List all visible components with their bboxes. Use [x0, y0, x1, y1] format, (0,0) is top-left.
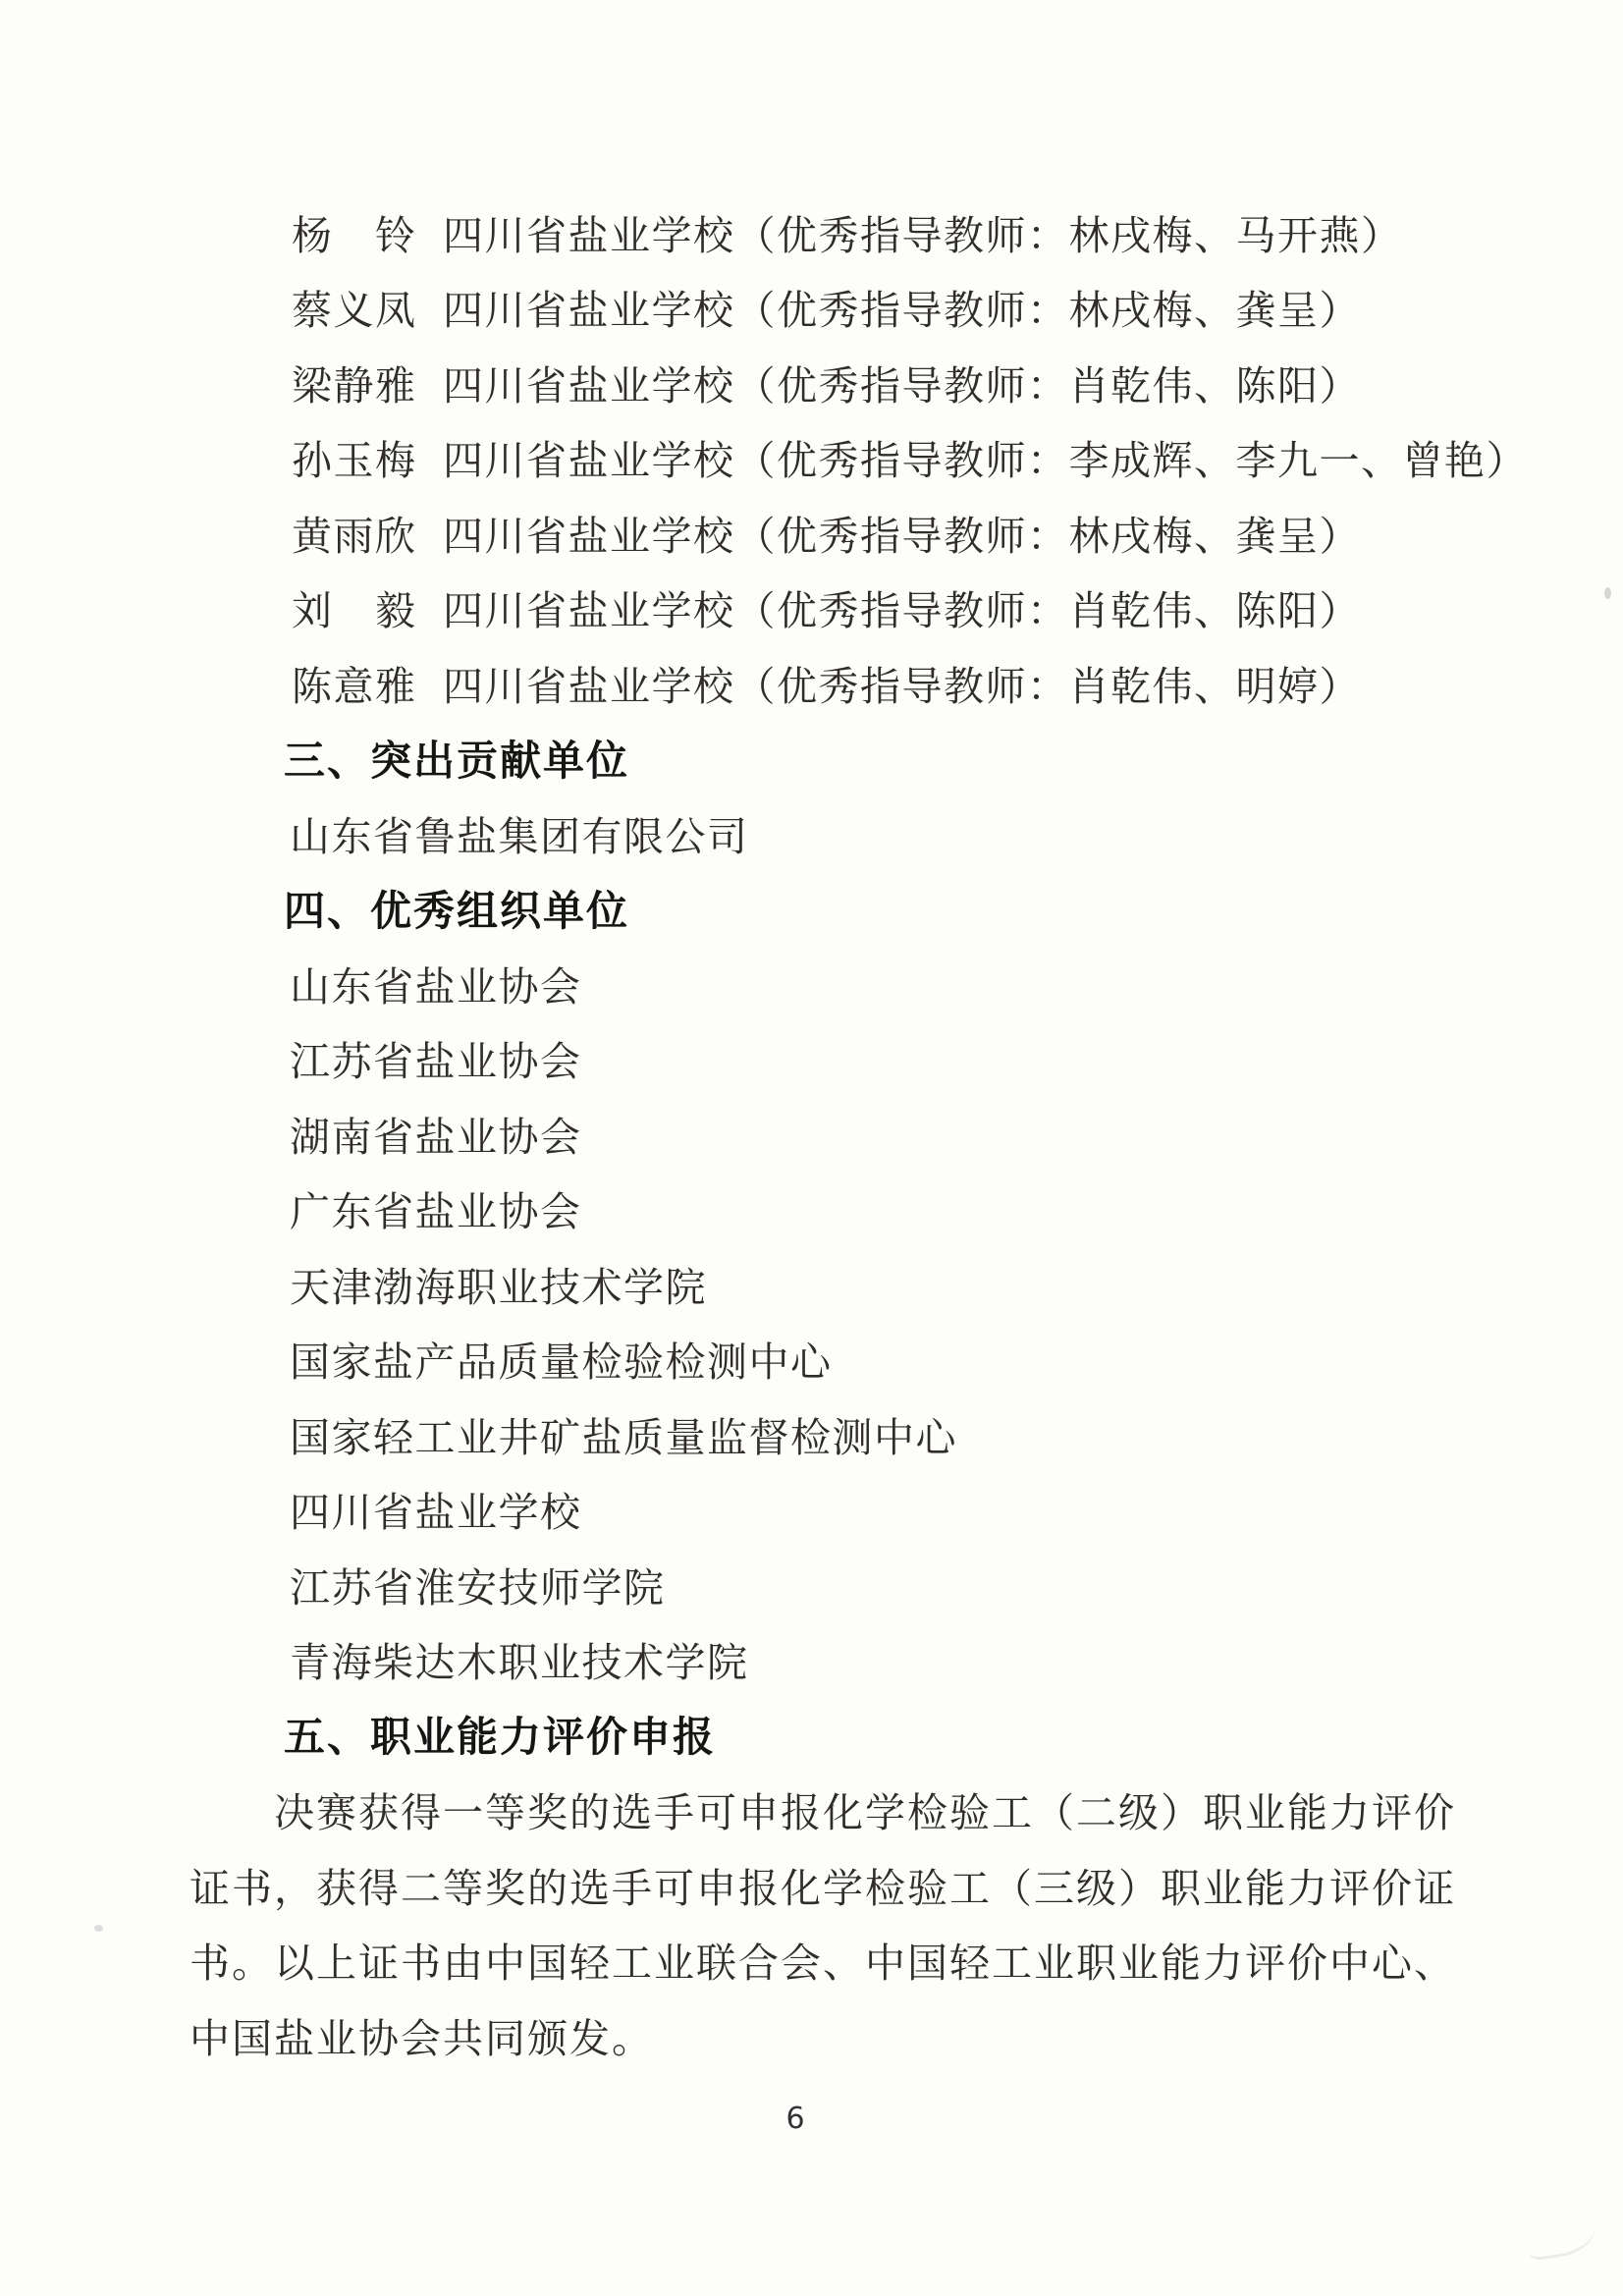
- awardee-detail: 四川省盐业学校（优秀指导教师：林戌梅、马开燕）: [443, 203, 1403, 261]
- awardee-row: 黄雨欣 四川省盐业学校（优秀指导教师：林戌梅、龚呈）: [189, 495, 1466, 571]
- organization-unit-item: 国家轻工业井矿盐质量监督检测中心: [189, 1396, 1466, 1472]
- awardee-row: 刘 毅 四川省盐业学校（优秀指导教师：肖乾伟、陈阳）: [189, 571, 1466, 646]
- organization-unit-item: 江苏省盐业协会: [189, 1021, 1466, 1097]
- awardee-detail: 四川省盐业学校（优秀指导教师：林戌梅、龚呈）: [443, 278, 1361, 336]
- section-heading-vocational-evaluation: 五、职业能力评价申报: [189, 1697, 1466, 1773]
- paragraph-line: 决赛获得一等奖的选手可申报化学检验工（二级）职业能力评价: [189, 1773, 1466, 1848]
- page-number: 6: [0, 2102, 1591, 2136]
- awardee-name: 刘 毅: [292, 578, 417, 636]
- paragraph-line: 书。以上证书由中国轻工业联合会、中国轻工业职业能力评价中心、: [189, 1923, 1466, 1998]
- section-heading-excellent-organization: 四、优秀组织单位: [189, 871, 1466, 947]
- awardee-row: 梁静雅 四川省盐业学校（优秀指导教师：肖乾伟、陈阳）: [189, 345, 1466, 420]
- awardee-row: 杨 铃 四川省盐业学校（优秀指导教师：林戌梅、马开燕）: [189, 194, 1466, 270]
- awardee-name: 陈意雅: [292, 654, 417, 712]
- awardee-name: 杨 铃: [292, 203, 417, 261]
- awardee-row: 陈意雅 四川省盐业学校（优秀指导教师：肖乾伟、明婷）: [189, 645, 1466, 721]
- awardee-name: 黄雨欣: [292, 504, 417, 562]
- awardee-name: 蔡义凤: [292, 278, 417, 336]
- awardee-row: 孙玉梅 四川省盐业学校（优秀指导教师：李成辉、李九一、曾艳）: [189, 420, 1466, 496]
- organization-unit-item: 广东省盐业协会: [189, 1172, 1466, 1247]
- document-content: 杨 铃 四川省盐业学校（优秀指导教师：林戌梅、马开燕） 蔡义凤 四川省盐业学校（…: [189, 194, 1466, 2073]
- organization-unit-item: 湖南省盐业协会: [189, 1096, 1466, 1172]
- organization-unit-item: 江苏省淮安技师学院: [189, 1547, 1466, 1622]
- awardee-detail: 四川省盐业学校（优秀指导教师：肖乾伟、明婷）: [443, 654, 1361, 712]
- organization-unit-item: 国家盐产品质量检验检测中心: [189, 1322, 1466, 1397]
- organization-unit-item: 天津渤海职业技术学院: [189, 1246, 1466, 1322]
- organization-unit-item: 青海柴达木职业技术学院: [189, 1622, 1466, 1698]
- document-page: 杨 铃 四川省盐业学校（优秀指导教师：林戌梅、马开燕） 蔡义凤 四川省盐业学校（…: [0, 0, 1623, 2296]
- paragraph-line: 中国盐业协会共同颁发。: [189, 1997, 1466, 2073]
- scan-artifact: [1524, 2210, 1597, 2261]
- awardee-name: 梁静雅: [292, 354, 417, 411]
- awardee-detail: 四川省盐业学校（优秀指导教师：林戌梅、龚呈）: [443, 504, 1361, 562]
- paragraph-line: 证书，获得二等奖的选手可申报化学检验工（三级）职业能力评价证: [189, 1847, 1466, 1923]
- awardee-detail: 四川省盐业学校（优秀指导教师：李成辉、李九一、曾艳）: [443, 428, 1528, 486]
- awardee-detail: 四川省盐业学校（优秀指导教师：肖乾伟、陈阳）: [443, 354, 1361, 411]
- scan-artifact: [94, 1925, 103, 1932]
- awardee-row: 蔡义凤 四川省盐业学校（优秀指导教师：林戌梅、龚呈）: [189, 270, 1466, 346]
- contribution-unit-item: 山东省鲁盐集团有限公司: [189, 795, 1466, 871]
- section-heading-outstanding-contribution: 三、突出贡献单位: [189, 721, 1466, 796]
- awardee-detail: 四川省盐业学校（优秀指导教师：肖乾伟、陈阳）: [443, 578, 1361, 636]
- scan-artifact: [1604, 587, 1611, 599]
- organization-unit-item: 山东省盐业协会: [189, 946, 1466, 1021]
- awardee-name: 孙玉梅: [292, 428, 417, 486]
- organization-unit-item: 四川省盐业学校: [189, 1472, 1466, 1548]
